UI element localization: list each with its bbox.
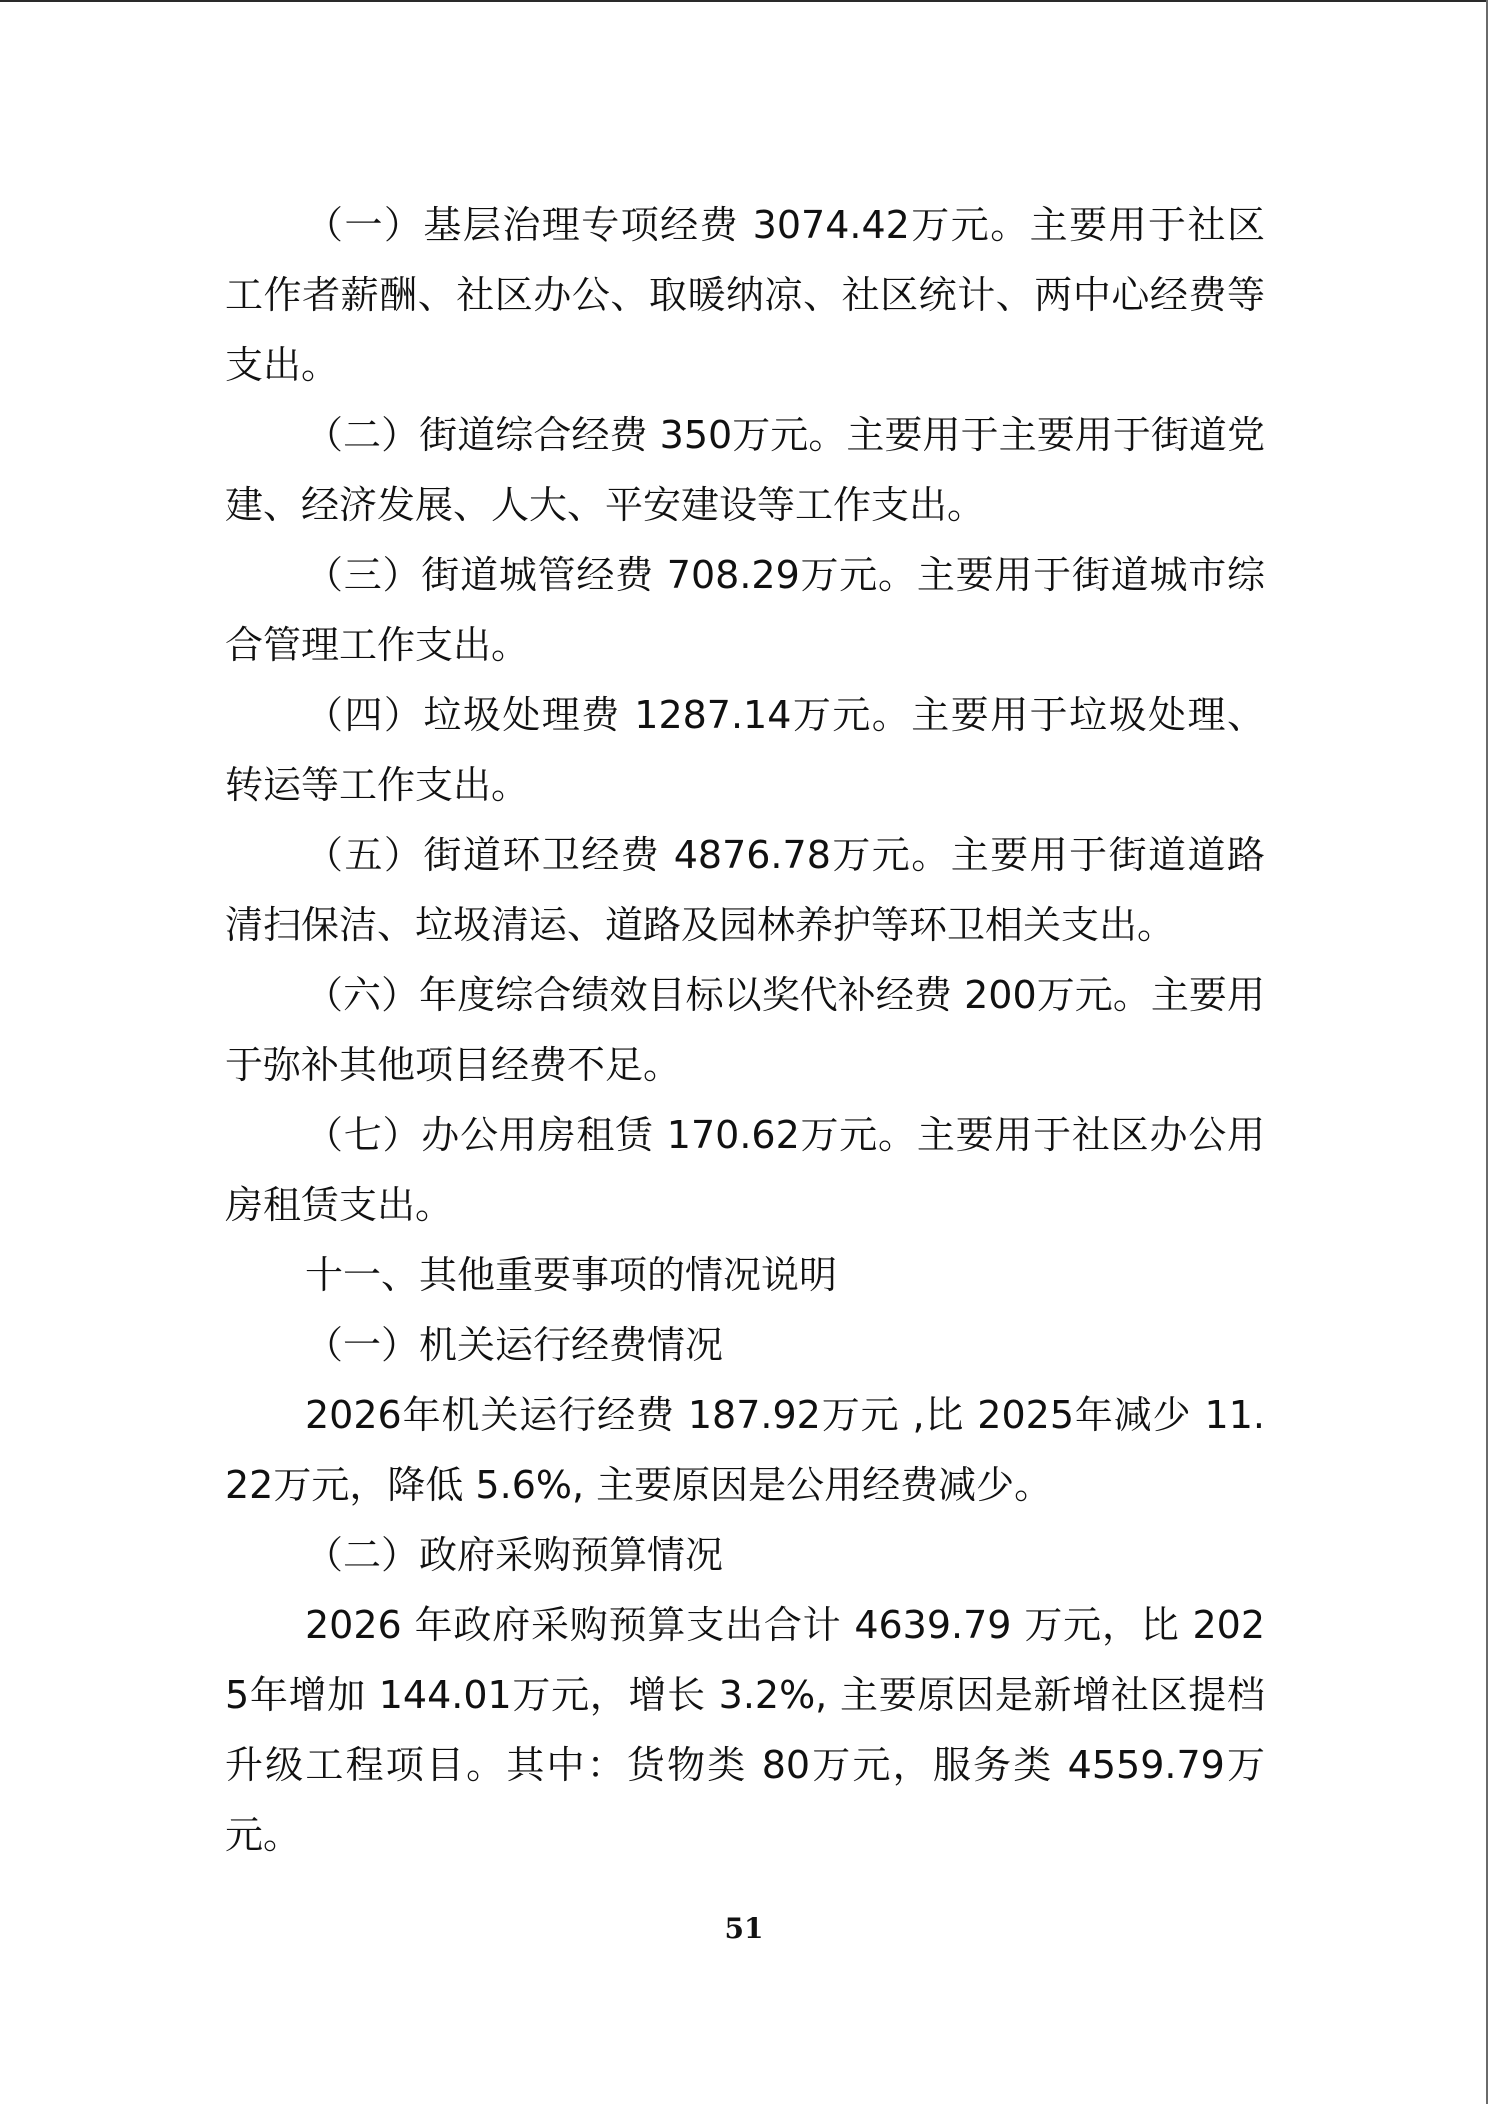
paragraph-item-7: （七）办公用房租赁 170.62万元。主要用于社区办公用房租赁支出。 — [225, 1100, 1265, 1240]
paragraph-procurement: 2026 年政府采购预算支出合计 4639.79 万元，比 2025年增加 14… — [225, 1590, 1265, 1870]
paragraph-item-4: （四）垃圾处理费 1287.14万元。主要用于垃圾处理、转运等工作支出。 — [225, 680, 1265, 820]
paragraph-operating-costs: 2026年机关运行经费 187.92万元 ,比 2025年减少 11.22万元，… — [225, 1380, 1265, 1520]
sub-heading-operating-costs: （一）机关运行经费情况 — [225, 1310, 1265, 1380]
section-heading: 十一、其他重要事项的情况说明 — [225, 1240, 1265, 1310]
page-number: 51 — [0, 1912, 1488, 1945]
paragraph-item-2: （二）街道综合经费 350万元。主要用于主要用于街道党建、经济发展、人大、平安建… — [225, 400, 1265, 540]
page-top-border — [0, 0, 1488, 2]
sub-heading-procurement: （二）政府采购预算情况 — [225, 1520, 1265, 1590]
paragraph-item-5: （五）街道环卫经费 4876.78万元。主要用于街道道路清扫保洁、垃圾清运、道路… — [225, 820, 1265, 960]
paragraph-item-6: （六）年度综合绩效目标以奖代补经费 200万元。主要用于弥补其他项目经费不足。 — [225, 960, 1265, 1100]
document-body: （一）基层治理专项经费 3074.42万元。主要用于社区工作者薪酬、社区办公、取… — [225, 190, 1265, 1870]
paragraph-item-3: （三）街道城管经费 708.29万元。主要用于街道城市综合管理工作支出。 — [225, 540, 1265, 680]
paragraph-item-1: （一）基层治理专项经费 3074.42万元。主要用于社区工作者薪酬、社区办公、取… — [225, 190, 1265, 400]
